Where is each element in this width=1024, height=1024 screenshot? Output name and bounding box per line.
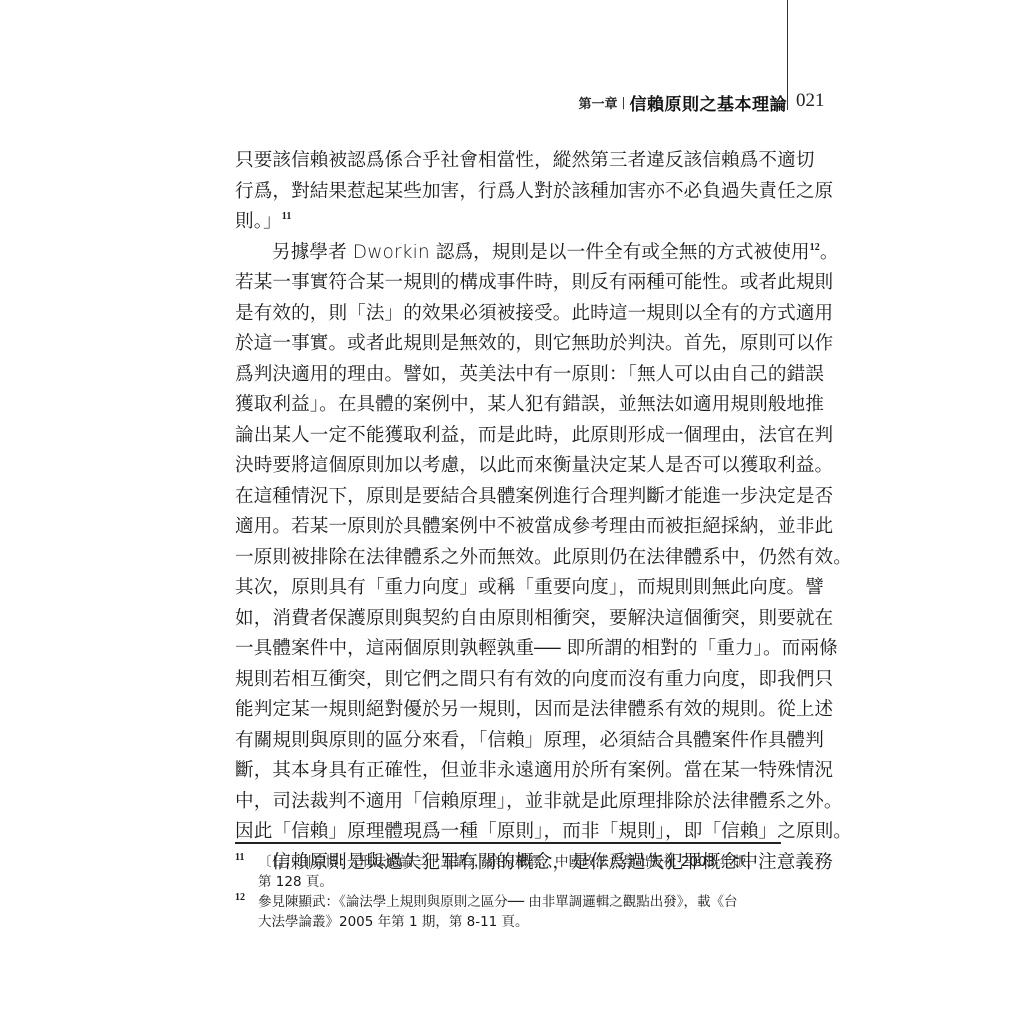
- text-line: 規則若相互衝突，則它們之間只有有效的向度而沒有重力向度，即我們只: [235, 665, 783, 696]
- text-line: 決時要將這個原則加以考慮，以此而來衡量決定某人是否可以獲取利益。: [235, 451, 783, 482]
- text-line-content: 能判定某一規則絕對優於另一規則，因而是法律體系有效的規則。從上述: [235, 699, 833, 720]
- text-line: 適用。若某一原則於具體案例中不被當成參考理由而被拒絕採納，並非此: [235, 512, 783, 543]
- punctuation: 。: [820, 242, 839, 263]
- running-header: 第一章 | 信賴原則之基本理論: [578, 90, 787, 114]
- text-line: 在這種情況下，原則是要結合具體案例進行合理判斷才能進一步決定是否: [235, 482, 783, 513]
- text-line: 是有效的，則「法」的效果必須被接受。此時這一規則以全有的方式適用: [235, 299, 783, 330]
- text-line: 爲判決適用的理由。譬如，英美法中有一原則：「無人可以由自己的錯誤: [235, 360, 783, 391]
- footnotes: 11〔日〕川端博：《刑法總論二十五講》，余振華譯，中國政法大學出版社 2003 …: [235, 852, 783, 932]
- text-line-content: 一原則被排除在法律體系之外而無效。此原則仍在法律體系中，仍然有效。: [235, 547, 852, 568]
- text-line-content: 只要該信賴被認爲係合乎社會相當性，縱然第三者違反該信賴爲不適切: [235, 150, 815, 171]
- footnote-reference[interactable]: 11: [282, 211, 292, 222]
- text-line-content: 於這一事實。或者此規則是無效的，則它無助於判決。首先，原則可以作: [235, 333, 833, 354]
- body-text: 只要該信賴被認爲係合乎社會相當性，縱然第三者違反該信賴爲不適切行爲，對結果惹起某…: [235, 146, 783, 878]
- text-line-content: 在這種情況下，原則是要結合具體案例進行合理判斷才能進一步決定是否: [235, 486, 833, 507]
- chapter-title: 信賴原則之基本理論: [630, 90, 788, 115]
- text-line: 中，司法裁判不適用「信賴原理」，並非就是此原理排除於法律體系之外。: [235, 787, 783, 818]
- chapter-label: 第一章: [578, 93, 617, 112]
- text-line: 有關規則與原則的區分來看，「信賴」原理，必須結合具體案件作具體判: [235, 726, 783, 757]
- text-line-content: 行爲，對結果惹起某些加害，行爲人對於該種加害亦不必負過失責任之原: [235, 181, 833, 202]
- footnote-reference[interactable]: 12: [810, 242, 820, 253]
- text-line-content: 斷，其本身具有正確性，但並非永遠適用於所有案例。當在某一特殊情況: [235, 760, 833, 781]
- text-line: 一具體案件中，這兩個原則孰輕孰重── 即所謂的相對的「重力」。而兩條: [235, 634, 783, 665]
- text-line-content: 獲取利益」。在具體的案例中，某人犯有錯誤，並無法如適用規則般地推: [235, 394, 824, 415]
- footnote-line: 參見陳顯武：《論法學上規則與原則之區分── 由非單調邏輯之觀點出發》，載《台: [258, 892, 783, 912]
- footnote-12: 12參見陳顯武：《論法學上規則與原則之區分── 由非單調邏輯之觀點出發》，載《台…: [235, 892, 783, 932]
- text-line: 另據學者 Dworkin 認爲，規則是以一件全有或全無的方式被使用12。: [235, 238, 783, 269]
- footnote-11: 11〔日〕川端博：《刑法總論二十五講》，余振華譯，中國政法大學出版社 2003 …: [235, 852, 783, 892]
- footnote-line: 〔日〕川端博：《刑法總論二十五講》，余振華譯，中國政法大學出版社 2003 年版…: [258, 852, 783, 872]
- text-line-content: 另據學者 Dworkin 認爲，規則是以一件全有或全無的方式被使用: [272, 242, 810, 263]
- footnote-divider: [235, 842, 781, 844]
- text-line: 則。」11: [235, 207, 783, 238]
- text-line: 行爲，對結果惹起某些加害，行爲人對於該種加害亦不必負過失責任之原: [235, 177, 783, 208]
- footnote-number: 11: [235, 848, 244, 868]
- text-line-content: 爲判決適用的理由。譬如，英美法中有一原則：「無人可以由自己的錯誤: [235, 364, 824, 385]
- header-vertical-rule: [787, 0, 788, 110]
- text-line: 論出某人一定不能獲取利益，而是此時，此原則形成一個理由，法官在判: [235, 421, 783, 452]
- text-line: 一原則被排除在法律體系之外而無效。此原則仍在法律體系中，仍然有效。: [235, 543, 783, 574]
- text-line: 於這一事實。或者此規則是無效的，則它無助於判決。首先，原則可以作: [235, 329, 783, 360]
- text-line: 斷，其本身具有正確性，但並非永遠適用於所有案例。當在某一特殊情況: [235, 756, 783, 787]
- text-line-content: 一具體案件中，這兩個原則孰輕孰重── 即所謂的相對的「重力」。而兩條: [235, 638, 838, 659]
- text-line-content: 是有效的，則「法」的效果必須被接受。此時這一規則以全有的方式適用: [235, 303, 833, 324]
- page-number: 021: [796, 90, 825, 112]
- text-line-content: 中，司法裁判不適用「信賴原理」，並非就是此原理排除於法律體系之外。: [235, 791, 843, 812]
- header-separator: |: [621, 95, 625, 109]
- text-line: 其次，原則具有「重力向度」或稱「重要向度」，而規則則無此向度。譬: [235, 573, 783, 604]
- text-line: 能判定某一規則絕對優於另一規則，因而是法律體系有效的規則。從上述: [235, 695, 783, 726]
- text-line-content: 如，消費者保護原則與契約自由原則相衝突，要解決這個衝突，則要就在: [235, 608, 833, 629]
- text-line-content: 適用。若某一原則於具體案例中不被當成參考理由而被拒絕採納，並非此: [235, 516, 833, 537]
- text-line: 如，消費者保護原則與契約自由原則相衝突，要解決這個衝突，則要就在: [235, 604, 783, 635]
- footnote-number: 12: [235, 888, 245, 908]
- text-line-content: 論出某人一定不能獲取利益，而是此時，此原則形成一個理由，法官在判: [235, 425, 833, 446]
- footnote-line: 第 128 頁。: [258, 872, 783, 892]
- text-line: 若某一事實符合某一規則的構成事件時，則反有兩種可能性。或者此規則: [235, 268, 783, 299]
- footnote-line: 大法學論叢》2005 年第 1 期，第 8-11 頁。: [258, 912, 783, 932]
- text-line: 只要該信賴被認爲係合乎社會相當性，縱然第三者違反該信賴爲不適切: [235, 146, 783, 177]
- text-line-content: 則。」: [235, 211, 282, 232]
- text-line: 獲取利益」。在具體的案例中，某人犯有錯誤，並無法如適用規則般地推: [235, 390, 783, 421]
- text-line-content: 規則若相互衝突，則它們之間只有有效的向度而沒有重力向度，即我們只: [235, 669, 833, 690]
- text-line-content: 有關規則與原則的區分來看，「信賴」原理，必須結合具體案件作具體判: [235, 730, 824, 751]
- text-line-content: 因此「信賴」原理體現爲一種「原則」，而非「規則」，即「信賴」之原則。: [235, 821, 852, 842]
- text-line-content: 若某一事實符合某一規則的構成事件時，則反有兩種可能性。或者此規則: [235, 272, 833, 293]
- text-line-content: 其次，原則具有「重力向度」或稱「重要向度」，而規則則無此向度。譬: [235, 577, 824, 598]
- text-line-content: 決時要將這個原則加以考慮，以此而來衡量決定某人是否可以獲取利益。: [235, 455, 833, 476]
